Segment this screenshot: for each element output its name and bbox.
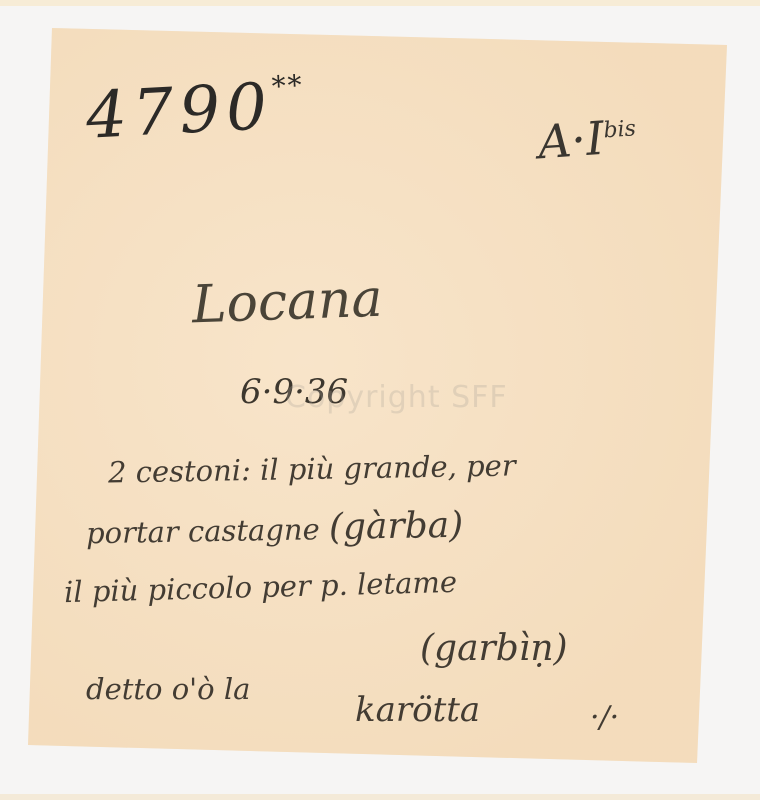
copyright-watermark: Copyright SFF bbox=[285, 380, 508, 415]
note-line-2: portar castagne (gàrba) bbox=[86, 505, 464, 553]
dialect-term-karotta: karötta bbox=[355, 690, 480, 730]
place-name: Locana bbox=[191, 269, 383, 336]
end-mark: ·/· bbox=[590, 700, 619, 735]
section-code: A·Ibis bbox=[536, 109, 638, 170]
catalog-marks: ** bbox=[271, 68, 305, 103]
note-line-5-text: detto o'ò la bbox=[86, 672, 250, 706]
catalog-number-value: 4790 bbox=[84, 70, 274, 154]
section-suffix: bis bbox=[603, 116, 637, 143]
note-line-2-text: portar castagne bbox=[86, 512, 320, 550]
section-code-value: A·I bbox=[536, 111, 606, 169]
dialect-term-garba: (gàrba) bbox=[329, 505, 464, 548]
catalog-number: 4790** bbox=[84, 68, 306, 153]
dialect-term-garbin: (garbìṇ) bbox=[420, 628, 568, 669]
note-line-1: 2 cestoni: il più grande, per bbox=[108, 448, 516, 489]
mount-top-edge bbox=[0, 0, 760, 6]
mount-bottom-edge bbox=[0, 794, 760, 800]
